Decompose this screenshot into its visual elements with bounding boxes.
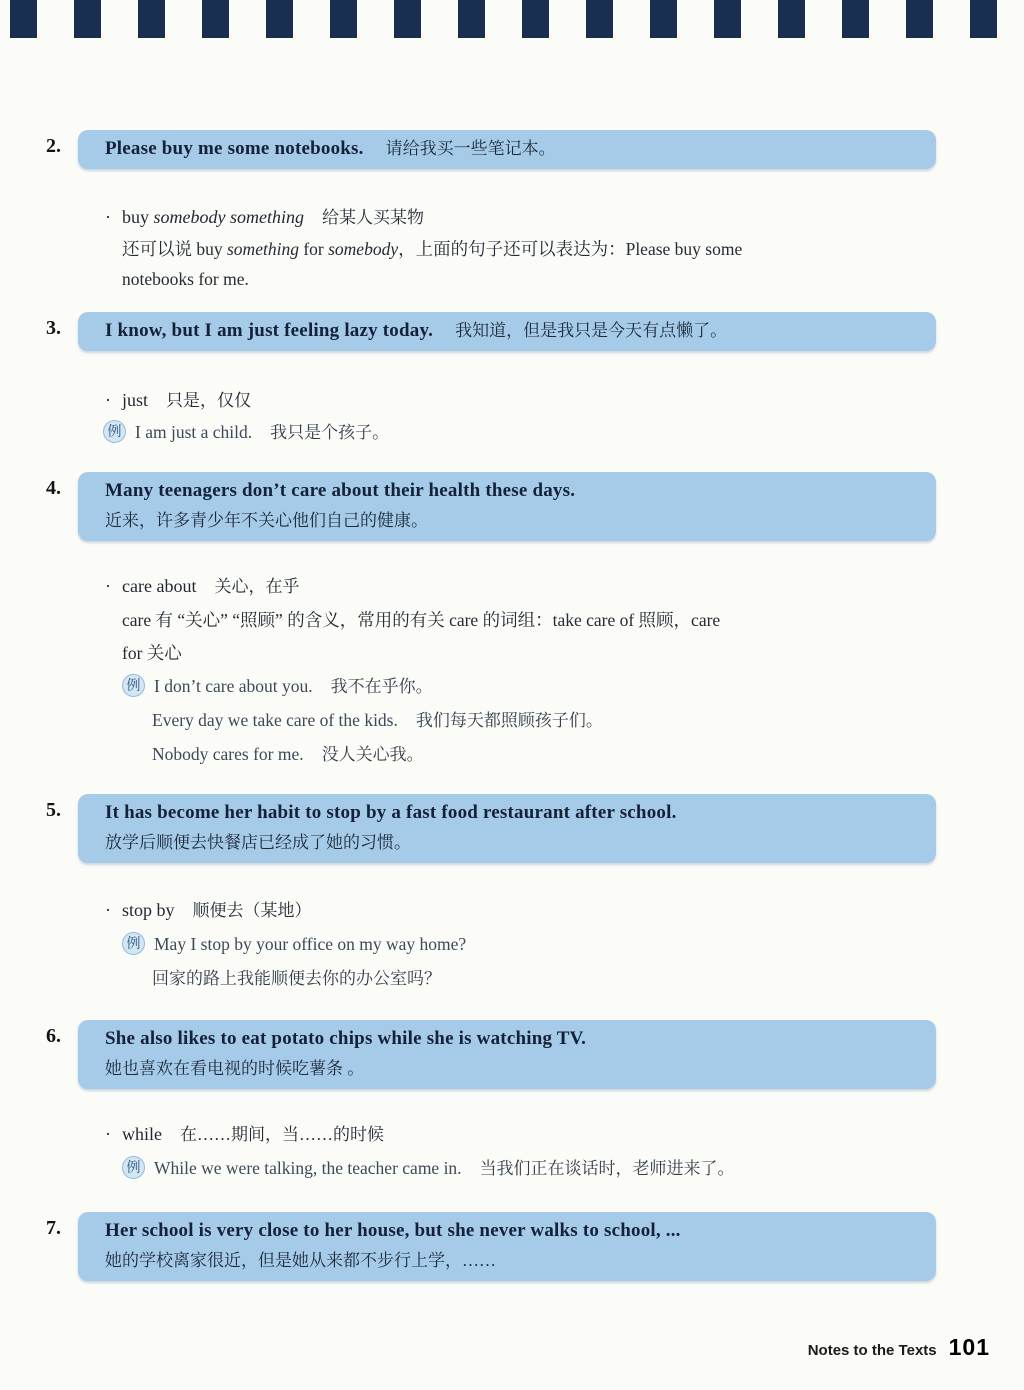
term-line: ·just只是，仅仅 — [105, 385, 1024, 417]
note-5: 5. It has become her habit to stop by a … — [0, 794, 1024, 996]
headline-zh: 请给我买一些笔记本。 — [386, 139, 556, 158]
textbook-page: 2. Please buy me some notebooks.请给我买一些笔记… — [0, 0, 1024, 1390]
example-line: 回家的路上我能顺便去你的办公室吗？ — [152, 962, 1024, 996]
note-7: 7. Her school is very close to her house… — [0, 1212, 1024, 1281]
note-2: 2. Please buy me some notebooks.请给我买一些笔记… — [0, 130, 1024, 294]
example-zh: 回家的路上我能顺便去你的办公室吗？ — [152, 969, 441, 988]
note-3: 3. I know, but I am just feeling lazy to… — [0, 312, 1024, 449]
text-run-italic: somebody — [328, 239, 398, 259]
note-number: 7. — [46, 1217, 61, 1240]
note-body: ·care about关心，在乎 care 有 “关心” “照顾” 的含义，常用… — [105, 570, 1024, 772]
explanation-line: notebooks for me. — [122, 264, 1024, 294]
headline-en: I know, but I am just feeling lazy today… — [105, 320, 433, 341]
text-run: 还可以说 buy — [122, 239, 227, 259]
example-line: 例I don’t care about you.我不在乎你。 — [122, 670, 1024, 704]
term-en: just — [122, 390, 148, 410]
example-marker-icon: 例 — [103, 420, 126, 443]
note-number: 2. — [46, 135, 61, 158]
note-headline-bar: I know, but I am just feeling lazy today… — [78, 312, 936, 351]
term-line: ·while在……期间，当……的时候 — [105, 1118, 1024, 1152]
note-headline-bar: She also likes to eat potato chips while… — [78, 1020, 936, 1089]
note-number: 4. — [46, 477, 61, 500]
note-headline-bar: Many teenagers don’t care about their he… — [78, 472, 936, 541]
example-zh: 我只是个孩子。 — [270, 423, 389, 442]
bullet-icon: · — [105, 894, 122, 927]
note-body: ·buy somebody something给某人买某物 还可以说 buy s… — [105, 202, 1024, 294]
explanation-line: 还可以说 buy something for somebody，上面的句子还可以… — [122, 234, 1024, 264]
page-footer: Notes to the Texts 101 — [808, 1334, 990, 1361]
bullet-icon: · — [105, 202, 122, 232]
binding-stripes-icon — [0, 0, 1024, 38]
term-zh: 给某人买某物 — [322, 208, 424, 227]
example-en: Nobody cares for me. — [152, 744, 304, 764]
term-en: while — [122, 1124, 162, 1144]
term-en: buy — [122, 207, 154, 227]
example-marker-icon: 例 — [122, 674, 145, 697]
note-number: 6. — [46, 1025, 61, 1048]
bullet-icon: · — [105, 385, 122, 415]
term-line: ·care about关心，在乎 — [105, 570, 1024, 604]
term-zh: 在……期间，当……的时候 — [180, 1125, 384, 1144]
note-body: ·while在……期间，当……的时候 例While we were talkin… — [105, 1118, 1024, 1186]
example-en: I don’t care about you. — [154, 676, 313, 696]
example-en: May I stop by your office on my way home… — [154, 934, 466, 954]
note-6: 6. She also likes to eat potato chips wh… — [0, 1020, 1024, 1186]
term-en-italic: somebody something — [154, 207, 304, 227]
note-4: 4. Many teenagers don’t care about their… — [0, 472, 1024, 772]
text-run: for — [299, 239, 328, 259]
bullet-icon: · — [105, 570, 122, 603]
example-zh: 当我们正在谈话时，老师进来了。 — [480, 1159, 735, 1178]
example-en: I am just a child. — [135, 422, 252, 442]
term-zh: 只是，仅仅 — [166, 391, 251, 410]
headline-en: Please buy me some notebooks. — [105, 138, 364, 159]
example-marker-icon: 例 — [122, 1156, 145, 1179]
note-headline-bar: Please buy me some notebooks.请给我买一些笔记本。 — [78, 130, 936, 169]
example-zh: 没人关心我。 — [322, 745, 424, 764]
example-en: While we were talking, the teacher came … — [154, 1158, 462, 1178]
term-line: ·stop by顺便去（某地） — [105, 894, 1024, 928]
headline-zh: 她也喜欢在看电视的时候吃薯条 。 — [105, 1059, 364, 1078]
text-run: ，上面的句子还可以表达为：Please buy some — [398, 239, 742, 259]
text-run-italic: something — [227, 239, 299, 259]
term-line: ·buy somebody something给某人买某物 — [105, 202, 1024, 234]
example-marker-icon: 例 — [122, 932, 145, 955]
example-zh: 我不在乎你。 — [331, 677, 433, 696]
example-line: 例I am just a child.我只是个孩子。 — [103, 417, 1024, 449]
example-line: Nobody cares for me.没人关心我。 — [152, 738, 1024, 772]
example-line: 例May I stop by your office on my way hom… — [122, 928, 1024, 962]
term-zh: 关心，在乎 — [214, 577, 299, 596]
page-number: 101 — [949, 1334, 990, 1361]
example-line: 例While we were talking, the teacher came… — [122, 1152, 1024, 1186]
headline-en: She also likes to eat potato chips while… — [105, 1028, 586, 1049]
note-number: 5. — [46, 799, 61, 822]
headline-zh: 我知道，但是我只是今天有点懒了。 — [455, 321, 727, 340]
example-zh: 我们每天都照顾孩子们。 — [416, 711, 603, 730]
explanation-line: for 关心 — [122, 637, 1024, 670]
headline-zh: 她的学校离家很近，但是她从来都不步行上学，…… — [105, 1251, 496, 1270]
term-en: stop by — [122, 900, 175, 920]
headline-en: Her school is very close to her house, b… — [105, 1220, 681, 1241]
note-headline-bar: It has become her habit to stop by a fas… — [78, 794, 936, 863]
headline-en: Many teenagers don’t care about their he… — [105, 480, 575, 501]
term-zh: 顺便去（某地） — [193, 901, 312, 920]
example-en: Every day we take care of the kids. — [152, 710, 398, 730]
note-number: 3. — [46, 317, 61, 340]
footer-section-title: Notes to the Texts — [808, 1342, 937, 1359]
bullet-icon: · — [105, 1118, 122, 1151]
headline-en: It has become her habit to stop by a fas… — [105, 802, 677, 823]
headline-zh: 近来，许多青少年不关心他们自己的健康。 — [105, 511, 428, 530]
headline-zh: 放学后顺便去快餐店已经成了她的习惯。 — [105, 833, 411, 852]
example-line: Every day we take care of the kids.我们每天都… — [152, 704, 1024, 738]
explanation-line: care 有 “关心” “照顾” 的含义，常用的有关 care 的词组：take… — [122, 604, 1024, 637]
term-en: care about — [122, 576, 196, 596]
note-headline-bar: Her school is very close to her house, b… — [78, 1212, 936, 1281]
note-body: ·stop by顺便去（某地） 例May I stop by your offi… — [105, 894, 1024, 996]
note-body: ·just只是，仅仅 例I am just a child.我只是个孩子。 — [105, 385, 1024, 449]
